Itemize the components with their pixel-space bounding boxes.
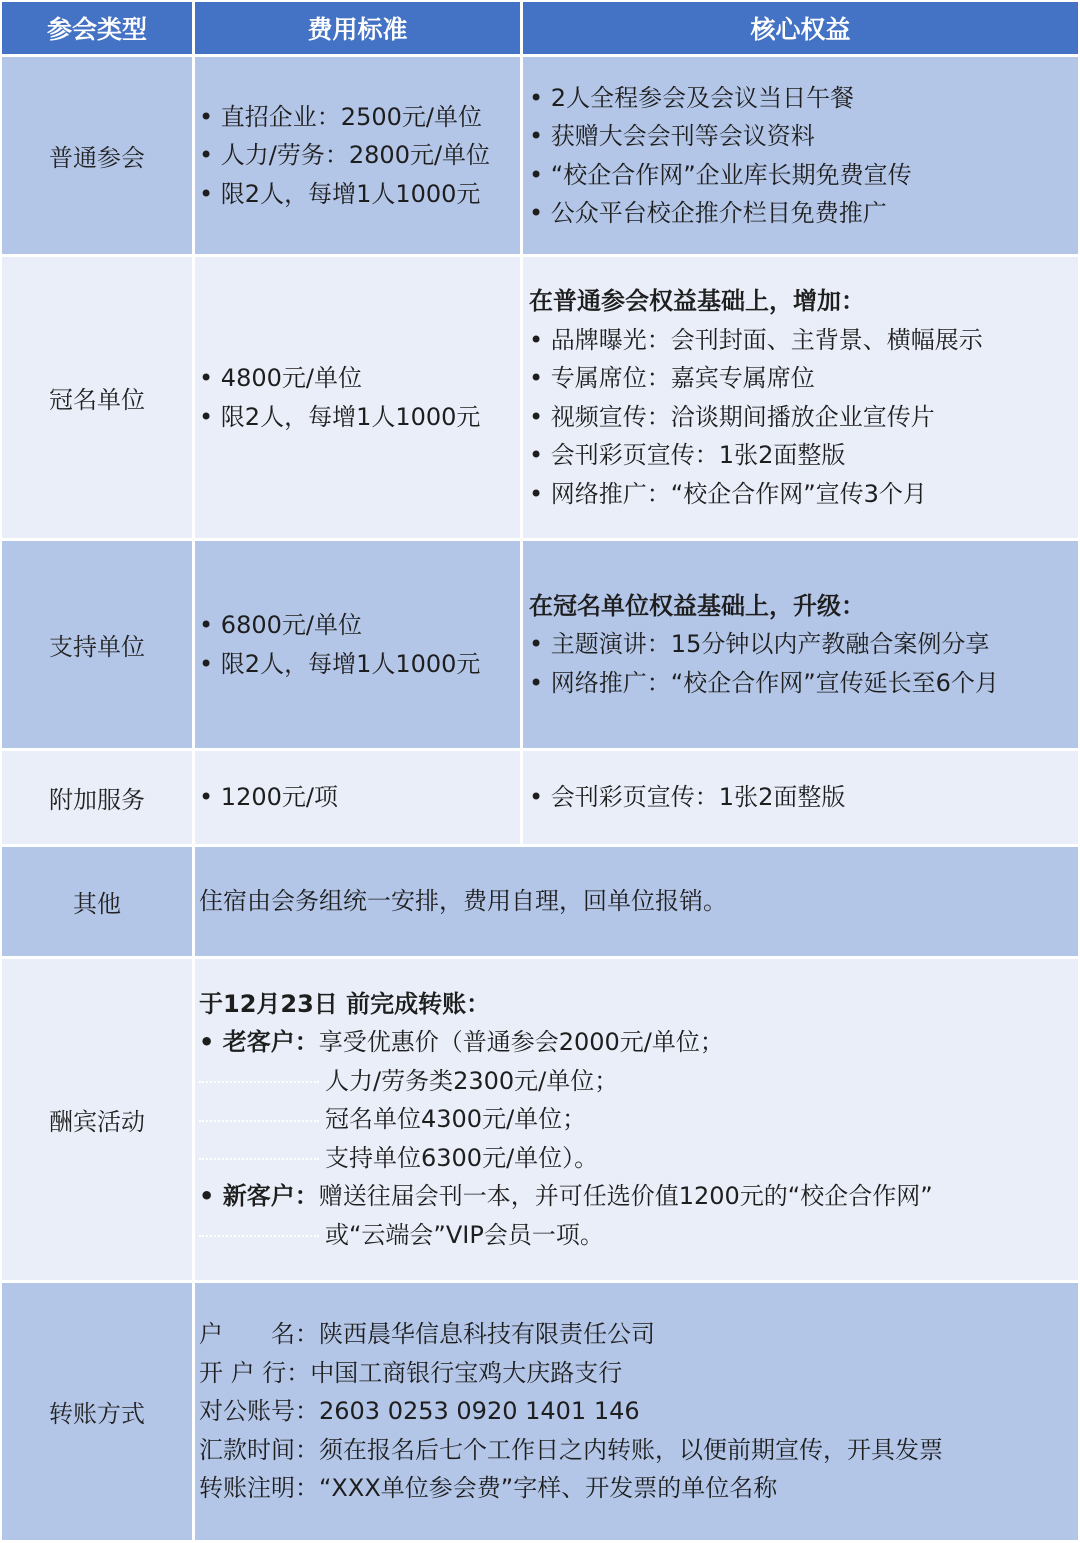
payment-value: “XXX单位参会费”字样、开发票的单位名称 — [319, 1474, 777, 1502]
new-customer-line: 或“云端会”VIP会员一项。 — [199, 1216, 1078, 1255]
new-customer-text: 或“云端会”VIP会员一项。 — [325, 1221, 604, 1249]
old-customer-text: 人力/劳务类2300元/单位； — [325, 1067, 618, 1095]
fee-item: 人力/劳务：2800元/单位 — [199, 136, 520, 175]
promotion-cell: 于12月23日 前完成转账： 老客户：享受优惠价（普通参会2000元/单位； 人… — [195, 959, 1078, 1280]
payment-line-bank: 开 户 行：中国工商银行宝鸡大庆路支行 — [199, 1354, 1078, 1393]
type-cell: 冠名单位 — [2, 257, 192, 538]
payment-label: 开 户 行： — [199, 1359, 310, 1387]
table-row-payment: 转账方式 户 名：陕西晨华信息科技有限责任公司 开 户 行：中国工商银行宝鸡大庆… — [0, 1283, 1080, 1540]
type-cell: 其他 — [2, 847, 192, 956]
payment-label: 户 名： — [199, 1320, 319, 1348]
old-customer-text: 支持单位6300元/单位）。 — [325, 1144, 598, 1172]
table-row-other: 其他 住宿由会务组统一安排，费用自理，回单位报销。 — [0, 847, 1080, 956]
dotted-spacer — [199, 1234, 319, 1237]
payment-line-deadline: 汇款时间：须在报名后七个工作日之内转账，以便前期宣传，开具发票 — [199, 1431, 1078, 1470]
benefit-item: 公众平台校企推介栏目免费推广 — [529, 194, 1078, 233]
table-row-promotion: 酬宾活动 于12月23日 前完成转账： 老客户：享受优惠价（普通参会2000元/… — [0, 959, 1080, 1280]
benefit-item: 2人全程参会及会议当日午餐 — [529, 79, 1078, 118]
old-customer-text: 冠名单位4300元/单位； — [325, 1105, 586, 1133]
payment-line-memo: 转账注明：“XXX单位参会费”字样、开发票的单位名称 — [199, 1469, 1078, 1508]
old-customer-label: 老客户： — [199, 1028, 319, 1056]
type-label: 酬宾活动 — [49, 1102, 145, 1137]
dotted-spacer — [199, 1080, 319, 1083]
type-cell: 普通参会 — [2, 57, 192, 254]
benefit-item: 网络推广：“校企合作网”宣传3个月 — [529, 475, 1078, 514]
type-cell: 转账方式 — [2, 1283, 192, 1540]
other-note: 住宿由会务组统一安排，费用自理，回单位报销。 — [199, 882, 1078, 921]
old-customer-line: 支持单位6300元/单位）。 — [199, 1139, 1078, 1178]
benefit-item: “校企合作网”企业库长期免费宣传 — [529, 156, 1078, 195]
fee-item: 1200元/项 — [199, 778, 520, 817]
benefit-item: 会刊彩页宣传：1张2面整版 — [529, 436, 1078, 475]
payment-label: 对公账号： — [199, 1397, 319, 1425]
old-customer-line: 老客户：享受优惠价（普通参会2000元/单位； — [199, 1023, 1078, 1062]
fee-item: 限2人，每增1人1000元 — [199, 645, 520, 684]
type-label: 转账方式 — [49, 1394, 145, 1429]
dotted-spacer — [199, 1157, 319, 1160]
fee-cell: 6800元/单位 限2人，每增1人1000元 — [195, 541, 520, 748]
payment-label: 汇款时间： — [199, 1436, 319, 1464]
fee-cell: 直招企业：2500元/单位 人力/劳务：2800元/单位 限2人，每增1人100… — [195, 57, 520, 254]
benefit-item: 专属席位：嘉宾专属席位 — [529, 359, 1078, 398]
fee-item: 限2人，每增1人1000元 — [199, 175, 520, 214]
table-row-supporter: 支持单位 6800元/单位 限2人，每增1人1000元 在冠名单位权益基础上，升… — [0, 541, 1080, 748]
type-label: 冠名单位 — [49, 380, 145, 415]
old-customer-line: 人力/劳务类2300元/单位； — [199, 1062, 1078, 1101]
type-cell: 附加服务 — [2, 751, 192, 844]
fee-item: 4800元/单位 — [199, 359, 520, 398]
old-customer-line: 冠名单位4300元/单位； — [199, 1100, 1078, 1139]
type-label: 支持单位 — [49, 627, 145, 662]
new-customer-line: 新客户：赠送往届会刊一本，并可任选价值1200元的“校企合作网” — [199, 1177, 1078, 1216]
new-customer-label: 新客户： — [199, 1182, 319, 1210]
payment-value: 中国工商银行宝鸡大庆路支行 — [310, 1359, 622, 1387]
fee-item: 直招企业：2500元/单位 — [199, 98, 520, 137]
type-label: 附加服务 — [49, 780, 145, 815]
old-customer-text: 享受优惠价（普通参会2000元/单位； — [319, 1028, 724, 1056]
fee-cell: 1200元/项 — [195, 751, 520, 844]
promotion-heading: 于12月23日 前完成转账： — [199, 985, 1078, 1024]
benefits-cell: 会刊彩页宣传：1张2面整版 — [523, 751, 1078, 844]
table-row-addon: 附加服务 1200元/项 会刊彩页宣传：1张2面整版 — [0, 751, 1080, 844]
benefit-item: 会刊彩页宣传：1张2面整版 — [529, 778, 1078, 817]
payment-cell: 户 名：陕西晨华信息科技有限责任公司 开 户 行：中国工商银行宝鸡大庆路支行 对… — [195, 1283, 1078, 1540]
benefit-item: 网络推广：“校企合作网”宣传延长至6个月 — [529, 664, 1078, 703]
benefit-item: 视频宣传：洽谈期间播放企业宣传片 — [529, 398, 1078, 437]
benefits-cell: 在普通参会权益基础上，增加： 品牌曝光：会刊封面、主背景、横幅展示 专属席位：嘉… — [523, 257, 1078, 538]
payment-label: 转账注明： — [199, 1474, 319, 1502]
dotted-spacer — [199, 1119, 319, 1122]
payment-line-account-name: 户 名：陕西晨华信息科技有限责任公司 — [199, 1315, 1078, 1354]
header-type: 参会类型 — [2, 2, 192, 54]
new-customer-text: 赠送往届会刊一本，并可任选价值1200元的“校企合作网” — [319, 1182, 933, 1210]
other-note-cell: 住宿由会务组统一安排，费用自理，回单位报销。 — [195, 847, 1078, 956]
fee-cell: 4800元/单位 限2人，每增1人1000元 — [195, 257, 520, 538]
payment-value: 须在报名后七个工作日之内转账，以便前期宣传，开具发票 — [319, 1436, 943, 1464]
header-benefits: 核心权益 — [523, 2, 1078, 54]
payment-line-account-number: 对公账号：2603 0253 0920 1401 146 — [199, 1392, 1078, 1431]
benefits-cell: 2人全程参会及会议当日午餐 获赠大会会刊等会议资料 “校企合作网”企业库长期免费… — [523, 57, 1078, 254]
payment-value: 陕西晨华信息科技有限责任公司 — [319, 1320, 655, 1348]
benefits-heading: 在普通参会权益基础上，增加： — [529, 282, 1078, 321]
type-cell: 酬宾活动 — [2, 959, 192, 1280]
type-label: 普通参会 — [49, 138, 145, 173]
benefits-cell: 在冠名单位权益基础上，升级： 主题演讲：15分钟以内产教融合案例分享 网络推广：… — [523, 541, 1078, 748]
table-row-title-sponsor: 冠名单位 4800元/单位 限2人，每增1人1000元 在普通参会权益基础上，增… — [0, 257, 1080, 538]
header-fee: 费用标准 — [195, 2, 520, 54]
table-header: 参会类型 费用标准 核心权益 — [0, 2, 1080, 54]
fee-item: 限2人，每增1人1000元 — [199, 398, 520, 437]
table-row-regular: 普通参会 直招企业：2500元/单位 人力/劳务：2800元/单位 限2人，每增… — [0, 57, 1080, 254]
benefit-item: 品牌曝光：会刊封面、主背景、横幅展示 — [529, 321, 1078, 360]
type-label: 其他 — [73, 884, 121, 919]
benefits-heading: 在冠名单位权益基础上，升级： — [529, 587, 1078, 626]
benefit-item: 获赠大会会刊等会议资料 — [529, 117, 1078, 156]
type-cell: 支持单位 — [2, 541, 192, 748]
fee-item: 6800元/单位 — [199, 606, 520, 645]
payment-value: 2603 0253 0920 1401 146 — [319, 1397, 640, 1425]
benefit-item: 主题演讲：15分钟以内产教融合案例分享 — [529, 625, 1078, 664]
